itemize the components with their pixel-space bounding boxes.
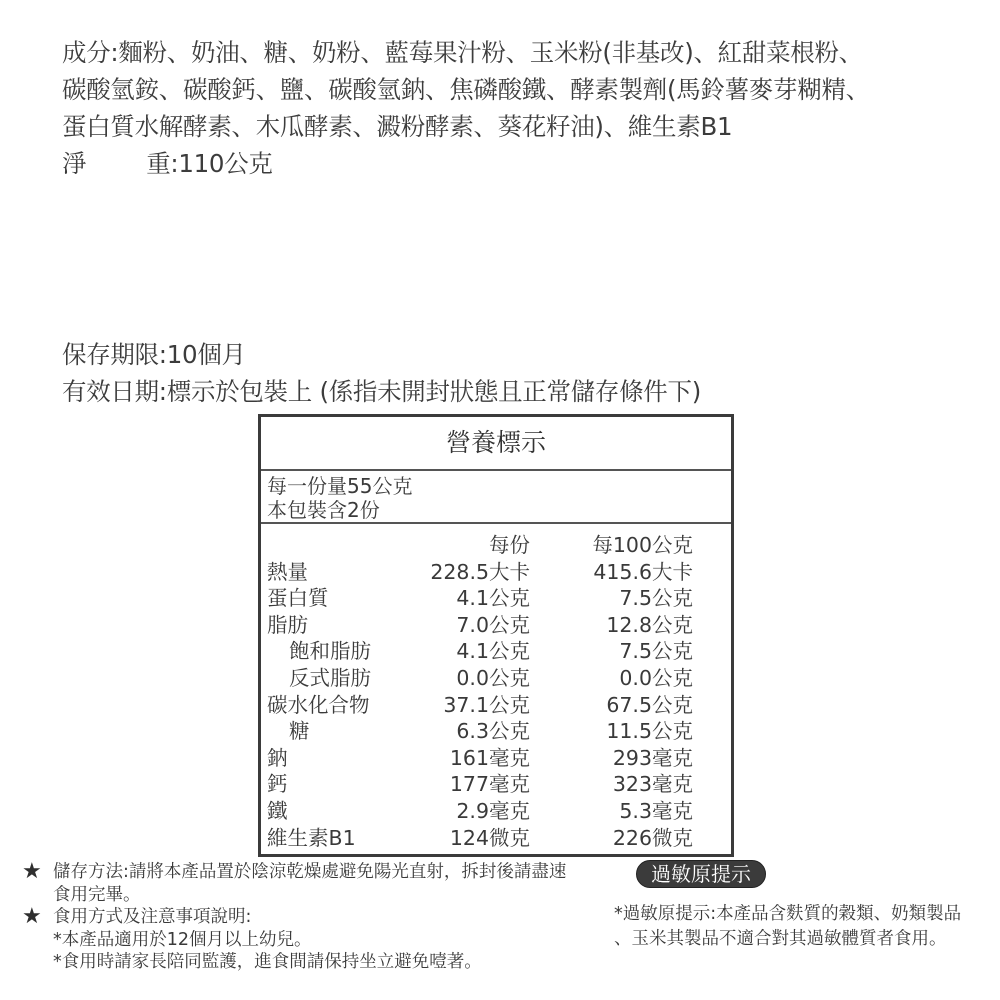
nutrient-name: 飽和脂肪 (289, 638, 371, 665)
storage-note: ★ 儲存方法:請將本產品置於陰涼乾燥處避免陽光直射，拆封後請盡速 食用完畢。 (22, 861, 566, 906)
per-serving-value: 6.3公克 (456, 718, 530, 745)
net-weight: 淨重:110公克 (62, 145, 870, 182)
star-icon: ★ (22, 906, 42, 929)
nutrition-row: 鈣177毫克323毫克 (261, 771, 731, 798)
usage-note-2: *食用時請家長陪同監護，進食間請保持坐立避免噎著。 (22, 951, 566, 974)
col-per-serving: 每份 (489, 532, 530, 559)
allergen-line-1: *過敏原提示:本產品含麩質的穀類、奶類製品 (614, 902, 961, 927)
nutrient-name: 鈉 (267, 745, 288, 772)
usage-note-1: *本產品適用於12個月以上幼兒。 (22, 929, 566, 952)
net-weight-label-2: 重:110公克 (146, 149, 272, 178)
nutrition-title: 營養標示 (261, 417, 731, 471)
ingredients-section: 成分:麵粉、奶油、糖、奶粉、藍莓果汁粉、玉米粉(非基改)、紅甜菜根粉、 碳酸氫銨… (62, 34, 870, 182)
nutrient-name: 熱量 (267, 559, 308, 586)
nutrient-name: 蛋白質 (267, 585, 329, 612)
nutrition-row: 鐵2.9毫克5.3毫克 (261, 798, 731, 825)
nutrient-name: 維生素B1 (267, 825, 356, 852)
nutrient-name: 脂肪 (267, 612, 308, 639)
net-weight-label-1: 淨 (62, 149, 86, 178)
nutrient-name: 糖 (289, 718, 310, 745)
per-100g-value: 12.8公克 (606, 612, 693, 639)
per-serving-value: 4.1公克 (456, 585, 530, 612)
nutrition-row: 飽和脂肪4.1公克7.5公克 (261, 638, 731, 665)
per-100g-value: 293毫克 (613, 745, 693, 772)
storage-line-1: 儲存方法:請將本產品置於陰涼乾燥處避免陽光直射，拆封後請盡速 (22, 861, 566, 884)
per-serving-value: 228.5大卡 (430, 559, 530, 586)
per-serving-value: 124微克 (450, 825, 530, 852)
per-100g-value: 67.5公克 (606, 692, 693, 719)
nutrition-row: 熱量228.5大卡415.6大卡 (261, 559, 731, 586)
nutrient-name: 鈣 (267, 771, 288, 798)
per-100g-value: 323毫克 (613, 771, 693, 798)
nutrient-name: 反式脂肪 (289, 665, 371, 692)
nutrition-row: 碳水化合物37.1公克67.5公克 (261, 692, 731, 719)
per-100g-value: 415.6大卡 (593, 559, 693, 586)
nutrition-header-row: 每份 每100公克 (261, 532, 731, 559)
per-100g-value: 7.5公克 (619, 638, 693, 665)
nutrition-row: 脂肪7.0公克12.8公克 (261, 612, 731, 639)
per-100g-value: 226微克 (613, 825, 693, 852)
per-serving-value: 0.0公克 (456, 665, 530, 692)
per-serving-value: 4.1公克 (456, 638, 530, 665)
per-serving-value: 37.1公克 (443, 692, 530, 719)
shelf-info: 保存期限:10個月 有效日期:標示於包裝上 (係指未開封狀態且正常儲存條件下) (62, 336, 701, 410)
allergen-warning: *過敏原提示:本產品含麩質的穀類、奶類製品 、玉米其製品不適合對其過敏體質者食用… (614, 902, 961, 952)
nutrition-row: 糖6.3公克11.5公克 (261, 718, 731, 745)
nutrition-row: 蛋白質4.1公克7.5公克 (261, 585, 731, 612)
nutrition-table: 每份 每100公克 熱量228.5大卡415.6大卡 蛋白質4.1公克7.5公克… (261, 524, 731, 851)
usage-title: 食用方式及注意事項說明: (22, 906, 566, 929)
per-100g-value: 7.5公克 (619, 585, 693, 612)
ingredients-line-3: 蛋白質水解酵素、木瓜酵素、澱粉酵素、葵花籽油)、維生素B1 (62, 108, 870, 145)
serving-info: 每一份量55公克 本包裝含2份 (261, 471, 731, 524)
per-100g-value: 5.3毫克 (619, 798, 693, 825)
ingredients-line-2: 碳酸氫銨、碳酸鈣、鹽、碳酸氫鈉、焦磷酸鐵、酵素製劑(馬鈴薯麥芽糊精、 (62, 71, 870, 108)
servings-per-package: 本包裝含2份 (267, 498, 731, 522)
shelf-life: 保存期限:10個月 (62, 336, 701, 373)
nutrition-row: 反式脂肪0.0公克0.0公克 (261, 665, 731, 692)
per-100g-value: 11.5公克 (606, 718, 693, 745)
nutrition-row: 維生素B1124微克226微克 (261, 825, 731, 852)
per-100g-value: 0.0公克 (619, 665, 693, 692)
usage-note: ★ 食用方式及注意事項說明: *本產品適用於12個月以上幼兒。 *食用時請家長陪… (22, 906, 566, 974)
usage-notes: ★ 儲存方法:請將本產品置於陰涼乾燥處避免陽光直射，拆封後請盡速 食用完畢。 ★… (22, 861, 566, 974)
per-serving-value: 177毫克 (450, 771, 530, 798)
expiry-date: 有效日期:標示於包裝上 (係指未開封狀態且正常儲存條件下) (62, 373, 701, 410)
serving-size: 每一份量55公克 (267, 474, 731, 498)
allergen-line-2: 、玉米其製品不適合對其過敏體質者食用。 (614, 927, 961, 952)
star-icon: ★ (22, 861, 42, 884)
allergen-badge: 過敏原提示 (636, 860, 766, 888)
col-per-100g: 每100公克 (592, 532, 693, 559)
nutrition-label: 營養標示 每一份量55公克 本包裝含2份 每份 每100公克 熱量228.5大卡… (258, 414, 734, 857)
ingredients-line-1: 成分:麵粉、奶油、糖、奶粉、藍莓果汁粉、玉米粉(非基改)、紅甜菜根粉、 (62, 34, 870, 71)
per-serving-value: 2.9毫克 (456, 798, 530, 825)
nutrient-name: 碳水化合物 (267, 692, 370, 719)
per-serving-value: 7.0公克 (456, 612, 530, 639)
storage-line-2: 食用完畢。 (22, 884, 566, 907)
per-serving-value: 161毫克 (450, 745, 530, 772)
nutrient-name: 鐵 (267, 798, 288, 825)
nutrition-row: 鈉161毫克293毫克 (261, 745, 731, 772)
